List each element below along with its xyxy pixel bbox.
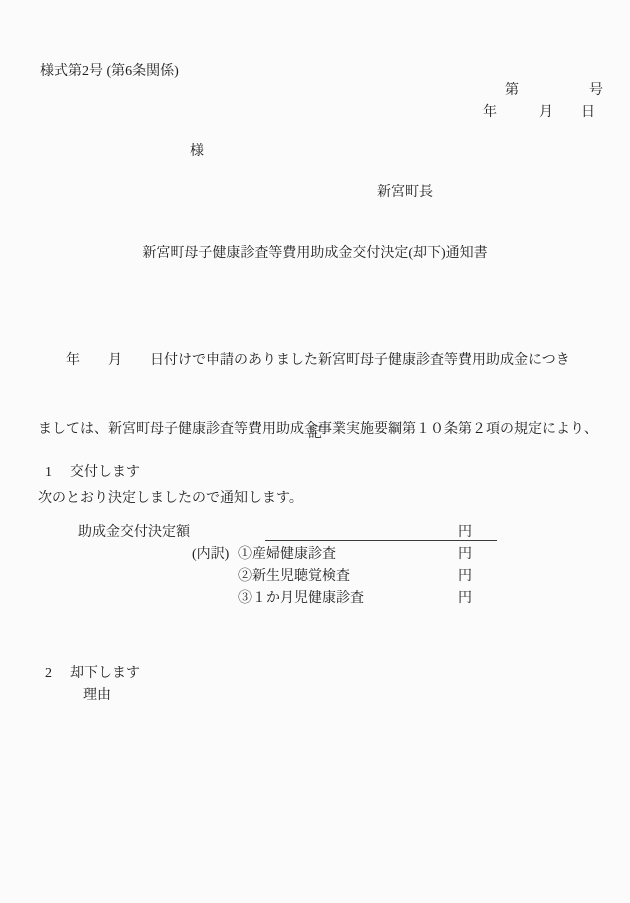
doc-number: 第 号 bbox=[505, 83, 603, 99]
body-line-1: 年 月 日付けで申請のありました新宮町母子健康診査等費用助成金につき bbox=[38, 349, 598, 372]
recipient-suffix: 様 bbox=[190, 144, 204, 160]
breakdown-item-3-unit: 円 bbox=[458, 591, 472, 607]
breakdown-item-1: ①産婦健康診査 bbox=[238, 547, 336, 563]
section1-number: 1 bbox=[45, 465, 52, 481]
document-title: 新宮町母子健康診査等費用助成金交付決定(却下)通知書 bbox=[0, 246, 630, 262]
section2-label: 却下します bbox=[70, 666, 140, 682]
sender-name: 新宮町長 bbox=[377, 185, 433, 201]
section1-label: 交付します bbox=[70, 465, 140, 481]
breakdown-item-1-unit: 円 bbox=[458, 547, 472, 563]
breakdown-item-2-unit: 円 bbox=[458, 569, 472, 585]
amount-label: 助成金交付決定額 bbox=[78, 525, 190, 541]
body-line-3: 次のとおり決定しましたので通知します。 bbox=[38, 487, 598, 510]
section2-reason-label: 理由 bbox=[83, 688, 111, 704]
form-number: 様式第2号 (第6条関係) bbox=[40, 64, 179, 80]
breakdown-item-2: ②新生児聴覚検査 bbox=[238, 569, 350, 585]
document-page: 様式第2号 (第6条関係) 第 号 年 月 日 様 新宮町長 新宮町母子健康診査… bbox=[0, 0, 630, 903]
breakdown-label: (内訳) bbox=[192, 547, 229, 563]
notice-heading: 記 bbox=[0, 426, 630, 442]
amount-unit: 円 bbox=[458, 525, 472, 541]
section2-number: 2 bbox=[45, 666, 52, 682]
date-line: 年 月 日 bbox=[483, 105, 595, 121]
breakdown-item-3: ③１か月児健康診査 bbox=[238, 591, 364, 607]
